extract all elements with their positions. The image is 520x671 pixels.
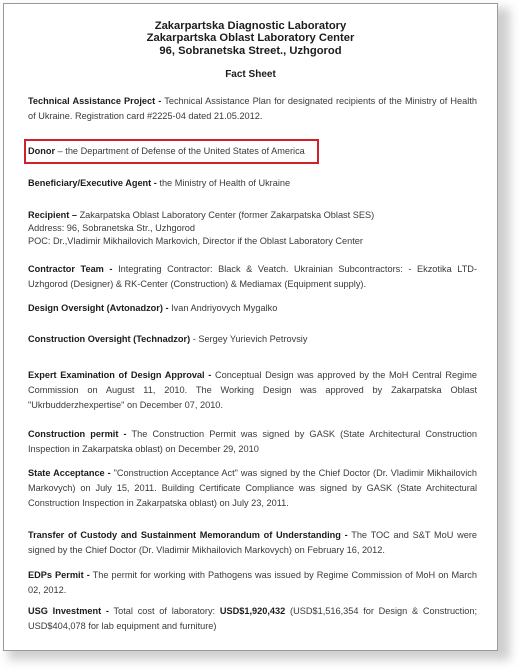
total-cost: USD$1,920,432 xyxy=(220,606,285,616)
section-edps-permit: EDPs Permit - The permit for working wit… xyxy=(28,568,477,598)
section-label: Design Oversight (Avtonadzor) - xyxy=(28,303,169,313)
section-recipient: Recipient – Zakarpatska Oblast Laborator… xyxy=(28,209,477,248)
header-center-name: Zakarpartska Oblast Laboratory Center xyxy=(4,32,497,45)
section-label: Beneficiary/Executive Agent - xyxy=(28,178,157,188)
section-text: Ivan Andriyovych Mygalko xyxy=(169,303,278,313)
section-label: State Acceptance - xyxy=(28,468,111,478)
section-construction-oversight: Construction Oversight (Technadzor) - Se… xyxy=(28,332,477,347)
section-text: the Ministry of Health of Ukraine xyxy=(157,178,290,188)
section-transfer-of-custody: Transfer of Custody and Sustainment Memo… xyxy=(28,528,477,558)
section-label: USG Investment - xyxy=(28,606,109,616)
section-contractor-team: Contractor Team - Integrating Contractor… xyxy=(28,262,477,292)
fact-sheet-page: Zakarpartska Diagnostic Laboratory Zakar… xyxy=(3,3,498,651)
document-title: Fact Sheet xyxy=(4,68,497,81)
section-text: Zakarpatska Oblast Laboratory Center (fo… xyxy=(77,210,374,220)
recipient-address: Address: 96, Sobranetska Str., Uzhgorod xyxy=(28,222,477,235)
section-state-acceptance: State Acceptance - "Construction Accepta… xyxy=(28,466,477,511)
section-label: Construction Oversight (Technadzor) xyxy=(28,334,190,344)
section-text: Total cost of laboratory: xyxy=(109,606,220,616)
section-label: Donor xyxy=(28,146,55,156)
section-label: Recipient – xyxy=(28,210,77,220)
section-design-oversight: Design Oversight (Avtonadzor) - Ivan And… xyxy=(28,301,477,316)
section-technical-assistance: Technical Assistance Project - Technical… xyxy=(28,94,477,124)
section-label: Construction permit - xyxy=(28,429,127,439)
section-label: Expert Examination of Design Approval - xyxy=(28,370,211,380)
recipient-poc: POC: Dr.,Vladimir Mikhailovich Markovich… xyxy=(28,235,477,248)
section-label: Technical Assistance Project - xyxy=(28,96,161,106)
section-text: - Sergey Yurievich Petrovsiy xyxy=(190,334,307,344)
section-label: Contractor Team - xyxy=(28,264,113,274)
section-label: EDPs Permit - xyxy=(28,570,90,580)
section-text: The permit for working with Pathogens wa… xyxy=(28,570,477,595)
section-donor: Donor – the Department of Defense of the… xyxy=(28,144,477,159)
section-beneficiary: Beneficiary/Executive Agent - the Minist… xyxy=(28,176,477,191)
header-address: 96, Sobranetska Street., Uzhgorod xyxy=(4,45,497,58)
section-text: – the Department of Defense of the Unite… xyxy=(55,146,305,156)
section-construction-permit: Construction permit - The Construction P… xyxy=(28,427,477,457)
section-label: Transfer of Custody and Sustainment Memo… xyxy=(28,530,348,540)
section-expert-examination: Expert Examination of Design Approval - … xyxy=(28,368,477,413)
section-usg-investment: USG Investment - Total cost of laborator… xyxy=(28,604,477,634)
